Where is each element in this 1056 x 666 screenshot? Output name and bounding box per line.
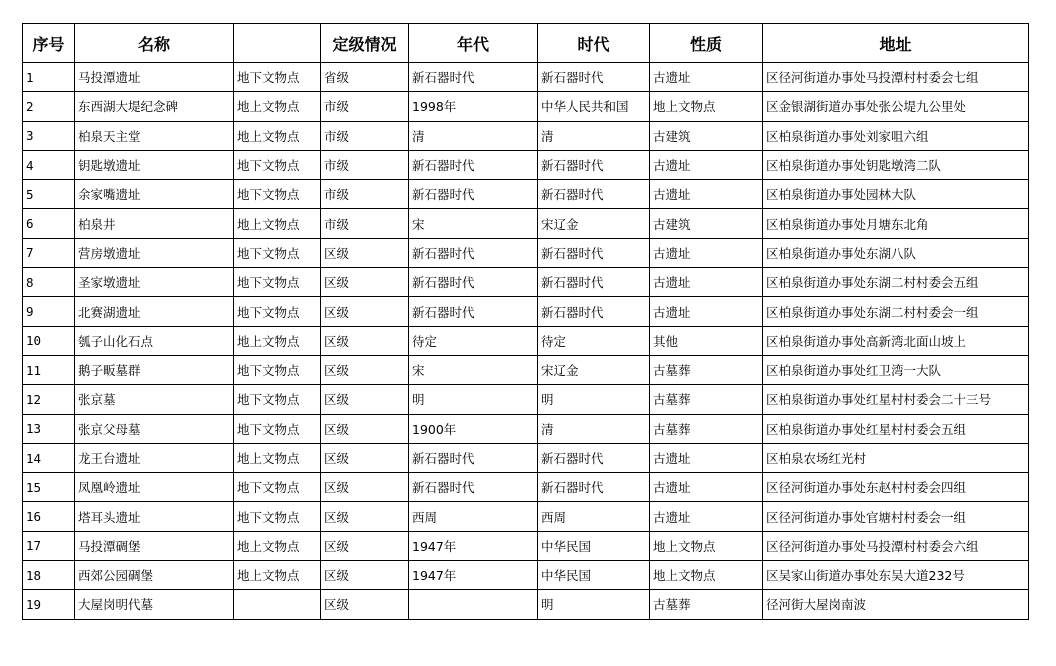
cell-no[interactable]: 7 <box>23 238 75 267</box>
cell-type[interactable]: 古遗址 <box>650 63 763 92</box>
cell-name[interactable]: 马投潭碉堡 <box>75 531 234 560</box>
cell-category[interactable]: 地下文物点 <box>234 414 321 443</box>
column-header-name[interactable]: 名称 <box>75 24 234 63</box>
cell-level[interactable]: 区级 <box>321 531 409 560</box>
cell-name[interactable]: 柏泉井 <box>75 209 234 238</box>
cell-no[interactable]: 1 <box>23 63 75 92</box>
cell-category[interactable] <box>234 590 321 619</box>
cell-category[interactable]: 地上文物点 <box>234 531 321 560</box>
table-row: 8圣家墩遗址地下文物点区级新石器时代新石器时代古遗址区柏泉街道办事处东湖二村村委… <box>23 268 1029 297</box>
cell-level[interactable]: 市级 <box>321 150 409 179</box>
cell-era[interactable]: 新石器时代 <box>538 150 650 179</box>
cell-year[interactable]: 新石器时代 <box>409 297 538 326</box>
cell-level[interactable]: 市级 <box>321 209 409 238</box>
cell-year[interactable]: 宋 <box>409 209 538 238</box>
table-row: 1马投潭遗址地下文物点省级新石器时代新石器时代古遗址区径河街道办事处马投潭村村委… <box>23 63 1029 92</box>
cell-type[interactable]: 古遗址 <box>650 238 763 267</box>
column-header-level[interactable]: 定级情况 <box>321 24 409 63</box>
cell-year[interactable]: 新石器时代 <box>409 238 538 267</box>
cell-era[interactable]: 新石器时代 <box>538 443 650 472</box>
cell-no[interactable]: 12 <box>23 385 75 414</box>
cell-year[interactable]: 新石器时代 <box>409 180 538 209</box>
cell-address[interactable]: 区柏泉街道办事处刘家咀六组 <box>763 121 1029 150</box>
cell-address[interactable]: 区柏泉街道办事处红卫湾一大队 <box>763 355 1029 384</box>
cell-type[interactable]: 其他 <box>650 326 763 355</box>
cell-year[interactable]: 1998年 <box>409 92 538 121</box>
cell-era[interactable]: 待定 <box>538 326 650 355</box>
cell-category[interactable]: 地下文物点 <box>234 297 321 326</box>
header-row: 序号名称定级情况年代时代性质地址 <box>23 24 1029 63</box>
cell-year[interactable]: 新石器时代 <box>409 268 538 297</box>
column-header-category[interactable] <box>234 24 321 63</box>
cell-name[interactable]: 北赛湖遗址 <box>75 297 234 326</box>
cell-year[interactable]: 新石器时代 <box>409 443 538 472</box>
cell-no[interactable]: 11 <box>23 355 75 384</box>
cell-type[interactable]: 古遗址 <box>650 443 763 472</box>
cell-address[interactable]: 区径河街道办事处马投潭村村委会六组 <box>763 531 1029 560</box>
cell-no[interactable]: 5 <box>23 180 75 209</box>
cell-era[interactable]: 新石器时代 <box>538 180 650 209</box>
cell-name[interactable]: 余家嘴遗址 <box>75 180 234 209</box>
cell-no[interactable]: 8 <box>23 268 75 297</box>
cell-level[interactable]: 省级 <box>321 63 409 92</box>
cell-no[interactable]: 13 <box>23 414 75 443</box>
cell-no[interactable]: 19 <box>23 590 75 619</box>
cell-name[interactable]: 柏泉天主堂 <box>75 121 234 150</box>
cell-type[interactable]: 古遗址 <box>650 180 763 209</box>
table-row: 18西郊公园碉堡地上文物点区级1947年中华民国地上文物点区吴家山街道办事处东吴… <box>23 561 1029 590</box>
cell-type[interactable]: 地上文物点 <box>650 561 763 590</box>
cell-category[interactable]: 地下文物点 <box>234 502 321 531</box>
cell-type[interactable]: 地上文物点 <box>650 531 763 560</box>
table-body: 1马投潭遗址地下文物点省级新石器时代新石器时代古遗址区径河街道办事处马投潭村村委… <box>23 63 1029 620</box>
table-row: 7营房墩遗址地下文物点区级新石器时代新石器时代古遗址区柏泉街道办事处东湖八队 <box>23 238 1029 267</box>
table-row: 17马投潭碉堡地上文物点区级1947年中华民国地上文物点区径河街道办事处马投潭村… <box>23 531 1029 560</box>
cell-era[interactable]: 新石器时代 <box>538 268 650 297</box>
cell-level[interactable]: 区级 <box>321 473 409 502</box>
cell-category[interactable]: 地上文物点 <box>234 561 321 590</box>
cell-address[interactable]: 区径河街道办事处东赵村村委会四组 <box>763 473 1029 502</box>
cell-year[interactable]: 1947年 <box>409 561 538 590</box>
cell-era[interactable]: 新石器时代 <box>538 473 650 502</box>
cell-address[interactable]: 区柏泉农场红光村 <box>763 443 1029 472</box>
cell-category[interactable]: 地下文物点 <box>234 180 321 209</box>
cell-level[interactable]: 区级 <box>321 414 409 443</box>
cell-name[interactable]: 马投潭遗址 <box>75 63 234 92</box>
cell-type[interactable]: 古遗址 <box>650 297 763 326</box>
cell-name[interactable]: 瓠子山化石点 <box>75 326 234 355</box>
heritage-table: 序号名称定级情况年代时代性质地址 1马投潭遗址地下文物点省级新石器时代新石器时代… <box>22 23 1029 620</box>
cell-category[interactable]: 地下文物点 <box>234 63 321 92</box>
cell-name[interactable]: 圣家墩遗址 <box>75 268 234 297</box>
cell-address[interactable]: 区柏泉街道办事处东湖二村村委会一组 <box>763 297 1029 326</box>
table-row: 3柏泉天主堂地上文物点市级清清古建筑区柏泉街道办事处刘家咀六组 <box>23 121 1029 150</box>
heritage-sheet: 序号名称定级情况年代时代性质地址 1马投潭遗址地下文物点省级新石器时代新石器时代… <box>22 23 1029 620</box>
cell-name[interactable]: 塔耳头遗址 <box>75 502 234 531</box>
cell-level[interactable]: 区级 <box>321 268 409 297</box>
cell-year[interactable]: 清 <box>409 121 538 150</box>
cell-name[interactable]: 大屋岗明代墓 <box>75 590 234 619</box>
cell-address[interactable]: 径河街大屋岗南波 <box>763 590 1029 619</box>
column-header-type[interactable]: 性质 <box>650 24 763 63</box>
cell-name[interactable]: 龙王台遗址 <box>75 443 234 472</box>
cell-level[interactable]: 区级 <box>321 238 409 267</box>
cell-level[interactable]: 区级 <box>321 355 409 384</box>
column-header-year[interactable]: 年代 <box>409 24 538 63</box>
cell-type[interactable]: 古建筑 <box>650 121 763 150</box>
cell-year[interactable] <box>409 590 538 619</box>
cell-address[interactable]: 区柏泉街道办事处高新湾北面山坡上 <box>763 326 1029 355</box>
cell-address[interactable]: 区柏泉街道办事处东湖八队 <box>763 238 1029 267</box>
cell-era[interactable]: 新石器时代 <box>538 238 650 267</box>
column-header-address[interactable]: 地址 <box>763 24 1029 63</box>
table-row: 5余家嘴遗址地下文物点市级新石器时代新石器时代古遗址区柏泉街道办事处园林大队 <box>23 180 1029 209</box>
cell-era[interactable]: 清 <box>538 414 650 443</box>
table-row: 6柏泉井地上文物点市级宋宋辽金古建筑区柏泉街道办事处月塘东北角 <box>23 209 1029 238</box>
cell-year[interactable]: 明 <box>409 385 538 414</box>
cell-era[interactable]: 中华民国 <box>538 531 650 560</box>
cell-year[interactable]: 宋 <box>409 355 538 384</box>
table-row: 13张京父母墓地下文物点区级1900年清古墓葬区柏泉街道办事处红星村村委会五组 <box>23 414 1029 443</box>
cell-type[interactable]: 地上文物点 <box>650 92 763 121</box>
cell-no[interactable]: 4 <box>23 150 75 179</box>
cell-era[interactable]: 清 <box>538 121 650 150</box>
cell-name[interactable]: 东西湖大堤纪念碑 <box>75 92 234 121</box>
cell-level[interactable]: 区级 <box>321 443 409 472</box>
cell-era[interactable]: 西周 <box>538 502 650 531</box>
cell-level[interactable]: 区级 <box>321 590 409 619</box>
cell-no[interactable]: 10 <box>23 326 75 355</box>
cell-address[interactable]: 区柏泉街道办事处红星村村委会二十三号 <box>763 385 1029 414</box>
cell-name[interactable]: 鹅子畈墓群 <box>75 355 234 384</box>
cell-type[interactable]: 古墓葬 <box>650 355 763 384</box>
cell-level[interactable]: 区级 <box>321 385 409 414</box>
cell-level[interactable]: 市级 <box>321 121 409 150</box>
cell-address[interactable]: 区吴家山街道办事处东吴大道232号 <box>763 561 1029 590</box>
cell-no[interactable]: 16 <box>23 502 75 531</box>
table-row: 2东西湖大堤纪念碑地上文物点市级1998年中华人民共和国地上文物点区金银湖街道办… <box>23 92 1029 121</box>
cell-no[interactable]: 9 <box>23 297 75 326</box>
cell-category[interactable]: 地下文物点 <box>234 150 321 179</box>
table-row: 12张京墓地下文物点区级明明古墓葬区柏泉街道办事处红星村村委会二十三号 <box>23 385 1029 414</box>
cell-level[interactable]: 市级 <box>321 92 409 121</box>
cell-type[interactable]: 古遗址 <box>650 268 763 297</box>
cell-name[interactable]: 钥匙墩遗址 <box>75 150 234 179</box>
table-row: 9北赛湖遗址地下文物点区级新石器时代新石器时代古遗址区柏泉街道办事处东湖二村村委… <box>23 297 1029 326</box>
cell-name[interactable]: 凤凰岭遗址 <box>75 473 234 502</box>
cell-name[interactable]: 西郊公园碉堡 <box>75 561 234 590</box>
cell-category[interactable]: 地上文物点 <box>234 92 321 121</box>
cell-name[interactable]: 张京墓 <box>75 385 234 414</box>
cell-address[interactable]: 区柏泉街道办事处东湖二村村委会五组 <box>763 268 1029 297</box>
cell-address[interactable]: 区柏泉街道办事处月塘东北角 <box>763 209 1029 238</box>
cell-address[interactable]: 区柏泉街道办事处红星村村委会五组 <box>763 414 1029 443</box>
cell-no[interactable]: 2 <box>23 92 75 121</box>
cell-year[interactable]: 西周 <box>409 502 538 531</box>
cell-type[interactable]: 古墓葬 <box>650 590 763 619</box>
cell-level[interactable]: 区级 <box>321 561 409 590</box>
column-header-era[interactable]: 时代 <box>538 24 650 63</box>
cell-category[interactable]: 地上文物点 <box>234 121 321 150</box>
cell-no[interactable]: 14 <box>23 443 75 472</box>
cell-no[interactable]: 17 <box>23 531 75 560</box>
cell-era[interactable]: 明 <box>538 385 650 414</box>
table-row: 19大屋岗明代墓区级明古墓葬径河街大屋岗南波 <box>23 590 1029 619</box>
cell-era[interactable]: 新石器时代 <box>538 63 650 92</box>
cell-era[interactable]: 中华人民共和国 <box>538 92 650 121</box>
column-header-no[interactable]: 序号 <box>23 24 75 63</box>
cell-era[interactable]: 明 <box>538 590 650 619</box>
cell-year[interactable]: 新石器时代 <box>409 473 538 502</box>
cell-no[interactable]: 15 <box>23 473 75 502</box>
cell-type[interactable]: 古墓葬 <box>650 414 763 443</box>
cell-era[interactable]: 新石器时代 <box>538 297 650 326</box>
table-row: 4钥匙墩遗址地下文物点市级新石器时代新石器时代古遗址区柏泉街道办事处钥匙墩湾二队 <box>23 150 1029 179</box>
cell-level[interactable]: 市级 <box>321 180 409 209</box>
cell-category[interactable]: 地下文物点 <box>234 355 321 384</box>
cell-type[interactable]: 古墓葬 <box>650 385 763 414</box>
cell-category[interactable]: 地下文物点 <box>234 238 321 267</box>
cell-address[interactable]: 区金银湖街道办事处张公堤九公里处 <box>763 92 1029 121</box>
table-row: 15凤凰岭遗址地下文物点区级新石器时代新石器时代古遗址区径河街道办事处东赵村村委… <box>23 473 1029 502</box>
cell-year[interactable]: 新石器时代 <box>409 63 538 92</box>
cell-name[interactable]: 营房墩遗址 <box>75 238 234 267</box>
cell-no[interactable]: 3 <box>23 121 75 150</box>
cell-category[interactable]: 地上文物点 <box>234 443 321 472</box>
cell-type[interactable]: 古遗址 <box>650 502 763 531</box>
table-row: 16塔耳头遗址地下文物点区级西周西周古遗址区径河街道办事处官塘村村委会一组 <box>23 502 1029 531</box>
cell-no[interactable]: 18 <box>23 561 75 590</box>
cell-level[interactable]: 区级 <box>321 326 409 355</box>
cell-level[interactable]: 区级 <box>321 502 409 531</box>
cell-era[interactable]: 宋辽金 <box>538 355 650 384</box>
cell-no[interactable]: 6 <box>23 209 75 238</box>
table-row: 14龙王台遗址地上文物点区级新石器时代新石器时代古遗址区柏泉农场红光村 <box>23 443 1029 472</box>
cell-category[interactable]: 地上文物点 <box>234 326 321 355</box>
cell-category[interactable]: 地上文物点 <box>234 209 321 238</box>
table-row: 10瓠子山化石点地上文物点区级待定待定其他区柏泉街道办事处高新湾北面山坡上 <box>23 326 1029 355</box>
cell-year[interactable]: 1947年 <box>409 531 538 560</box>
cell-era[interactable]: 宋辽金 <box>538 209 650 238</box>
cell-type[interactable]: 古遗址 <box>650 473 763 502</box>
cell-category[interactable]: 地下文物点 <box>234 268 321 297</box>
cell-level[interactable]: 区级 <box>321 297 409 326</box>
table-row: 11鹅子畈墓群地下文物点区级宋宋辽金古墓葬区柏泉街道办事处红卫湾一大队 <box>23 355 1029 384</box>
cell-address[interactable]: 区径河街道办事处马投潭村村委会七组 <box>763 63 1029 92</box>
cell-address[interactable]: 区柏泉街道办事处园林大队 <box>763 180 1029 209</box>
cell-year[interactable]: 1900年 <box>409 414 538 443</box>
cell-category[interactable]: 地下文物点 <box>234 473 321 502</box>
cell-type[interactable]: 古遗址 <box>650 150 763 179</box>
cell-address[interactable]: 区径河街道办事处官塘村村委会一组 <box>763 502 1029 531</box>
cell-address[interactable]: 区柏泉街道办事处钥匙墩湾二队 <box>763 150 1029 179</box>
cell-category[interactable]: 地下文物点 <box>234 385 321 414</box>
cell-type[interactable]: 古建筑 <box>650 209 763 238</box>
cell-year[interactable]: 新石器时代 <box>409 150 538 179</box>
cell-era[interactable]: 中华民国 <box>538 561 650 590</box>
cell-name[interactable]: 张京父母墓 <box>75 414 234 443</box>
cell-year[interactable]: 待定 <box>409 326 538 355</box>
